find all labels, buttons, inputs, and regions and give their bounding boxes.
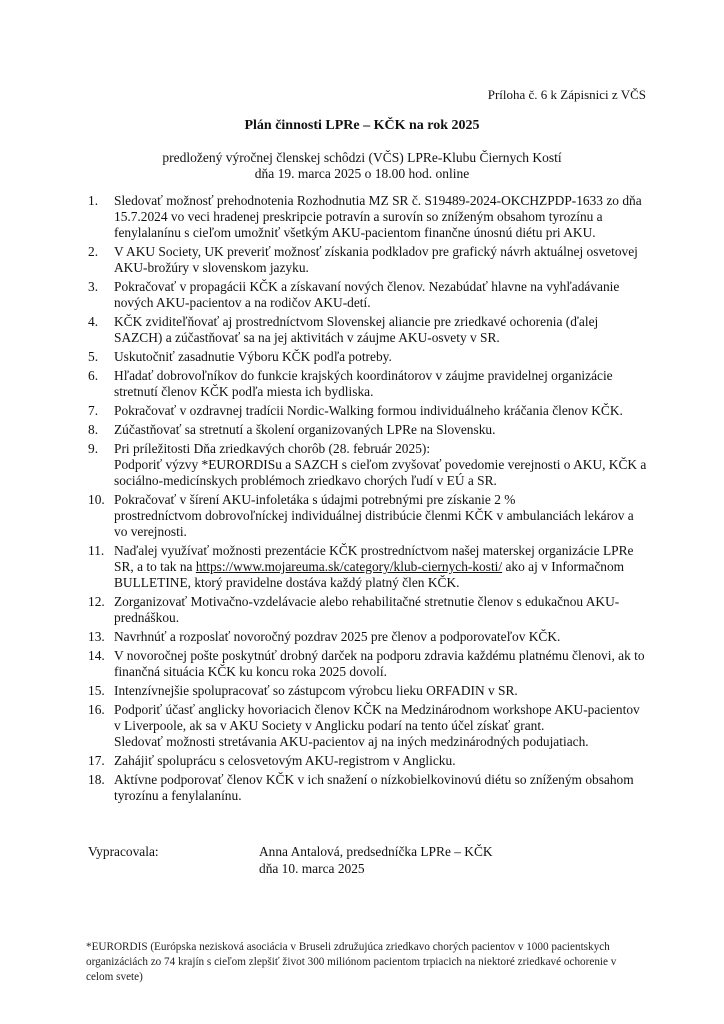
item-number: 8.	[88, 422, 98, 438]
item-text: V novoročnej pošte poskytnúť drobný darč…	[114, 648, 645, 679]
signature-label: Vypracovala:	[88, 843, 159, 860]
item-text-continued: prostredníctvom dobrovoľníckej individuá…	[114, 508, 648, 540]
item-number: 7.	[88, 403, 98, 419]
item-text: Sledovať možnosť prehodnotenia Rozhodnut…	[114, 193, 642, 240]
item-text: Zahájiť spoluprácu s celosvetovým AKU-re…	[114, 753, 456, 768]
list-item: 8.Zúčastňovať sa stretnutí a školení org…	[88, 422, 648, 438]
list-item: 14.V novoročnej pošte poskytnúť drobný d…	[88, 648, 648, 680]
list-item: 4.KČK zviditeľňovať aj prostredníctvom S…	[88, 314, 648, 346]
item-number: 4.	[88, 314, 98, 330]
item-text: Pokračovať v šírení AKU-infoletáka s úda…	[114, 492, 515, 507]
item-number: 5.	[88, 349, 98, 365]
annex-note: Príloha č. 6 k Zápisnici z VČS	[488, 87, 646, 103]
item-number: 12.	[88, 594, 105, 610]
list-item: 5.Uskutočniť zasadnutie Výboru KČK podľa…	[88, 349, 648, 365]
item-number: 6.	[88, 368, 98, 384]
item-number: 15.	[88, 683, 105, 699]
list-item: 15.Intenzívnejšie spolupracovať so zástu…	[88, 683, 648, 699]
item-text: V AKU Society, UK preveriť možnosť získa…	[114, 244, 638, 275]
club-link[interactable]: https://www.mojareuma.sk/category/klub-c…	[196, 559, 502, 574]
list-item: 1. Sledovať možnosť prehodnotenia Rozhod…	[88, 193, 648, 241]
item-text-continued: Podporiť výzvy *EURORDISu a SAZCH s cieľ…	[114, 457, 648, 489]
item-number: 1.	[88, 193, 98, 209]
item-text: Navrhnúť a rozposlať novoročný pozdrav 2…	[114, 629, 560, 644]
subtitle-line-2: dňa 19. marca 2025 o 18.00 hod. online	[0, 166, 724, 182]
item-text: Aktívne podporovať členov KČK v ich snaž…	[114, 772, 634, 803]
plan-list: 1. Sledovať možnosť prehodnotenia Rozhod…	[88, 193, 648, 807]
item-text: Zorganizovať Motivačno-vzdelávacie alebo…	[114, 594, 619, 625]
list-item: 12.Zorganizovať Motivačno-vzdelávacie al…	[88, 594, 648, 626]
item-text: KČK zviditeľňovať aj prostredníctvom Slo…	[114, 314, 598, 345]
list-item: 18.Aktívne podporovať členov KČK v ich s…	[88, 772, 648, 804]
document-page: Príloha č. 6 k Zápisnici z VČS Plán činn…	[0, 0, 724, 1024]
list-item: 10.Pokračovať v šírení AKU-infoletáka s …	[88, 492, 648, 540]
page-title: Plán činnosti LPRe – KČK na rok 2025	[0, 118, 724, 134]
item-number: 9.	[88, 441, 98, 457]
item-text: Pokračovať v propagácii KČK a získavaní …	[114, 279, 619, 310]
item-number: 16.	[88, 702, 105, 718]
list-item: 11.Naďalej využívať možnosti prezentácie…	[88, 543, 648, 591]
item-number: 13.	[88, 629, 105, 645]
item-number: 2.	[88, 244, 98, 260]
item-number: 17.	[88, 753, 105, 769]
signature-date: dňa 10. marca 2025	[259, 860, 493, 877]
item-text: Podporiť účasť anglicky hovoriacich člen…	[114, 702, 640, 733]
list-item: 17.Zahájiť spoluprácu s celosvetovým AKU…	[88, 753, 648, 769]
list-item: 3.Pokračovať v propagácii KČK a získavan…	[88, 279, 648, 311]
item-number: 3.	[88, 279, 98, 295]
item-text: Uskutočniť zasadnutie Výboru KČK podľa p…	[114, 349, 392, 364]
list-item: 16.Podporiť účasť anglicky hovoriacich č…	[88, 702, 648, 750]
item-text: Pokračovať v ozdravnej tradícii Nordic-W…	[114, 403, 623, 418]
item-number: 10.	[88, 492, 105, 508]
list-item: 13.Navrhnúť a rozposlať novoročný pozdra…	[88, 629, 648, 645]
subtitle-line-1: predložený výročnej členskej schôdzi (VČ…	[0, 150, 724, 166]
item-text: Pri príležitosti Dňa zriedkavých chorôb …	[114, 441, 430, 456]
list-item: 7.Pokračovať v ozdravnej tradícii Nordic…	[88, 403, 648, 419]
item-text: Hľadať dobrovoľníkov do funkcie krajskýc…	[114, 368, 613, 399]
item-text-continued: Sledovať možnosti stretávania AKU-pacien…	[114, 734, 648, 750]
item-text: Intenzívnejšie spolupracovať so zástupco…	[114, 683, 518, 698]
item-number: 18.	[88, 772, 105, 788]
list-item: 9.Pri príležitosti Dňa zriedkavých chorô…	[88, 441, 648, 489]
signature-name: Anna Antalová, predsedníčka LPRe – KČK	[259, 843, 493, 860]
footnote: *EURORDIS (Európska nezisková asociácia …	[86, 940, 646, 985]
list-item: 2.V AKU Society, UK preveriť možnosť zís…	[88, 244, 648, 276]
item-number: 11.	[88, 543, 104, 559]
subtitle: predložený výročnej členskej schôdzi (VČ…	[0, 150, 724, 182]
item-number: 14.	[88, 648, 105, 664]
signature-block: Anna Antalová, predsedníčka LPRe – KČK d…	[259, 843, 493, 877]
item-text: Zúčastňovať sa stretnutí a školení organ…	[114, 422, 495, 437]
list-item: 6.Hľadať dobrovoľníkov do funkcie krajsk…	[88, 368, 648, 400]
